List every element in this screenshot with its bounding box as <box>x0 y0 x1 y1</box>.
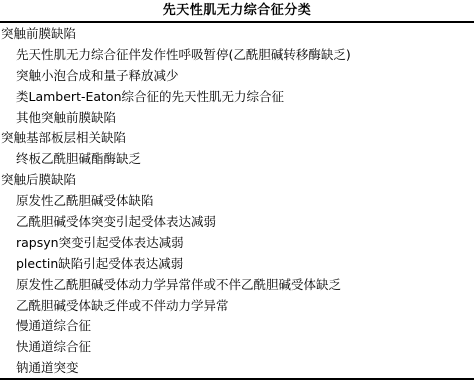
subcategory-row: 乙酰胆碱受体突变引起受体表达减弱 <box>0 211 474 232</box>
subcategory-row: 快通道综合征 <box>0 336 474 357</box>
table-body: 突触前膜缺陷 先天性肌无力综合征伴发作性呼吸暂停(乙酰胆碱转移酶缺乏) 突触小泡… <box>0 23 474 378</box>
subcategory-row: 乙酰胆碱受体缺乏伴或不伴动力学异常 <box>0 295 474 316</box>
subcategory-row: 原发性乙酰胆碱受体动力学异常伴或不伴乙酰胆碱受体缺乏 <box>0 274 474 295</box>
subcategory-row: 先天性肌无力综合征伴发作性呼吸暂停(乙酰胆碱转移酶缺乏) <box>0 44 474 65</box>
subcategory-row: 终板乙酰胆碱酯酶缺乏 <box>0 148 474 169</box>
subcategory-row: 突触小泡合成和量子释放减少 <box>0 65 474 86</box>
subcategory-row: 其他突触前膜缺陷 <box>0 107 474 128</box>
category-row: 突触基部板层相关缺陷 <box>0 127 474 148</box>
subcategory-row: plectin缺陷引起受体表达减弱 <box>0 253 474 274</box>
subcategory-row: 钠通道突变 <box>0 357 474 378</box>
category-row: 突触后膜缺陷 <box>0 169 474 190</box>
classification-table: 先天性肌无力综合征分类 突触前膜缺陷 先天性肌无力综合征伴发作性呼吸暂停(乙酰胆… <box>0 0 474 381</box>
subcategory-row: 慢通道综合征 <box>0 315 474 336</box>
subcategory-row: 原发性乙酰胆碱受体缺陷 <box>0 190 474 211</box>
bottom-rule <box>0 378 474 380</box>
subcategory-row: rapsyn突变引起受体表达减弱 <box>0 232 474 253</box>
subcategory-row: 类Lambert-Eaton综合征的先天性肌无力综合征 <box>0 86 474 107</box>
table-title: 先天性肌无力综合征分类 <box>0 0 474 21</box>
category-row: 突触前膜缺陷 <box>0 23 474 44</box>
